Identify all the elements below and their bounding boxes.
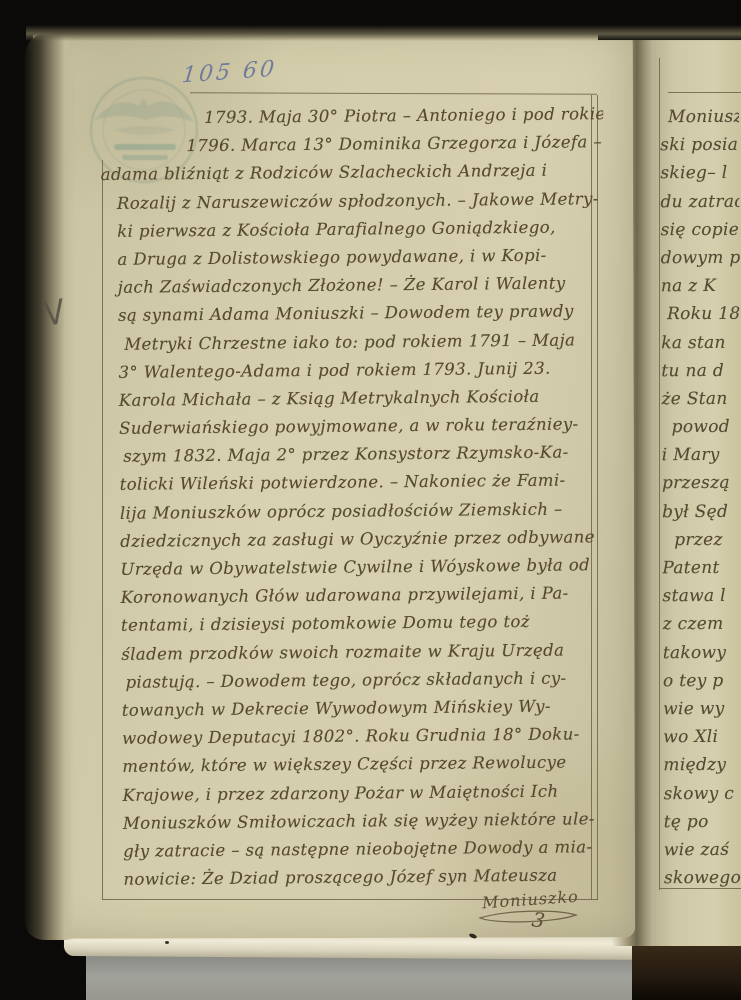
right-page-line: Roku 18 [661, 300, 740, 329]
right-page-rule-top [668, 92, 741, 93]
right-page-line: wie zaś [664, 836, 741, 865]
right-page-line: przeszą [662, 469, 741, 498]
right-page-line: przez [662, 526, 741, 555]
right-page-line: takowy [663, 638, 741, 667]
manuscript-line: Koronowanych Głów udarowana przywilejami… [105, 579, 608, 612]
manuscript-line: Rozalij z Naruszewiczów spłodzonych. – J… [101, 185, 604, 218]
right-page-text-block: Moniuszski posiaskieg– ldu zatracsię cop… [660, 103, 741, 893]
right-page-line: du zatrac [660, 187, 739, 216]
manuscript-line: adama bliźniąt z Rodziców Szlacheckich A… [101, 157, 604, 190]
right-page-line: wie wy [663, 695, 741, 724]
right-page-line: powod [662, 413, 741, 442]
manuscript-line: lija Moniuszków oprócz posiadłościów Zie… [104, 495, 607, 528]
right-page-line: skowego [664, 864, 741, 893]
paper-speck [165, 941, 169, 944]
right-page-line: między [663, 751, 741, 780]
right-page-line: stawa l [662, 582, 741, 611]
manuscript-text-block: 1793. Maja 30° Piotra – Antoniego i pod … [100, 100, 611, 894]
deckle-left-edge [24, 32, 74, 940]
manuscript-line: tolicki Wileński potwierdzone. – Nakonie… [104, 467, 607, 500]
manuscript-line: Metryki Chrzestne iako to: pod rokiem 17… [102, 326, 605, 359]
manuscript-line: Krajowe, i przez zdarzony Pożar w Maiętn… [106, 777, 609, 810]
margin-check-mark: V [42, 292, 67, 334]
manuscript-line: są synami Adama Moniuszki – Dowodem tey … [102, 297, 605, 330]
book-cover-edge [632, 942, 741, 1000]
manuscript-line: mentów, które w większey Części przez Re… [106, 748, 609, 781]
right-page-line: ski posia [660, 131, 739, 160]
signature-flourish [472, 906, 584, 928]
manuscript-line: śladem przodków swoich rozmaite w Kraju … [105, 636, 608, 669]
right-page-line: się copie [661, 216, 740, 245]
right-page-line: ka stan [661, 328, 740, 357]
manuscript-photo: 105 60 V 1793. Maja 30° Piotra – Antonie… [0, 0, 741, 1000]
right-page-line: z czem [663, 610, 741, 639]
right-page-line: tu na d [661, 356, 740, 385]
right-page-line: i Mary [662, 441, 741, 470]
right-page-line: Moniusz [660, 103, 739, 132]
right-page-line: Patent [662, 554, 741, 583]
right-page-line: na z K [661, 272, 740, 301]
right-page-line: skowy c [663, 779, 741, 808]
right-page-line: tę po [664, 807, 741, 836]
right-page-line: był Sęd [662, 497, 741, 526]
right-page-line: że Stan [661, 385, 740, 414]
right-page-line: dowym p [661, 244, 740, 273]
right-page-line: wo Xli [663, 723, 741, 752]
right-page-line: skieg– l [660, 159, 739, 188]
page-top-edge [26, 25, 741, 41]
right-page-line: o tey p [663, 667, 741, 696]
